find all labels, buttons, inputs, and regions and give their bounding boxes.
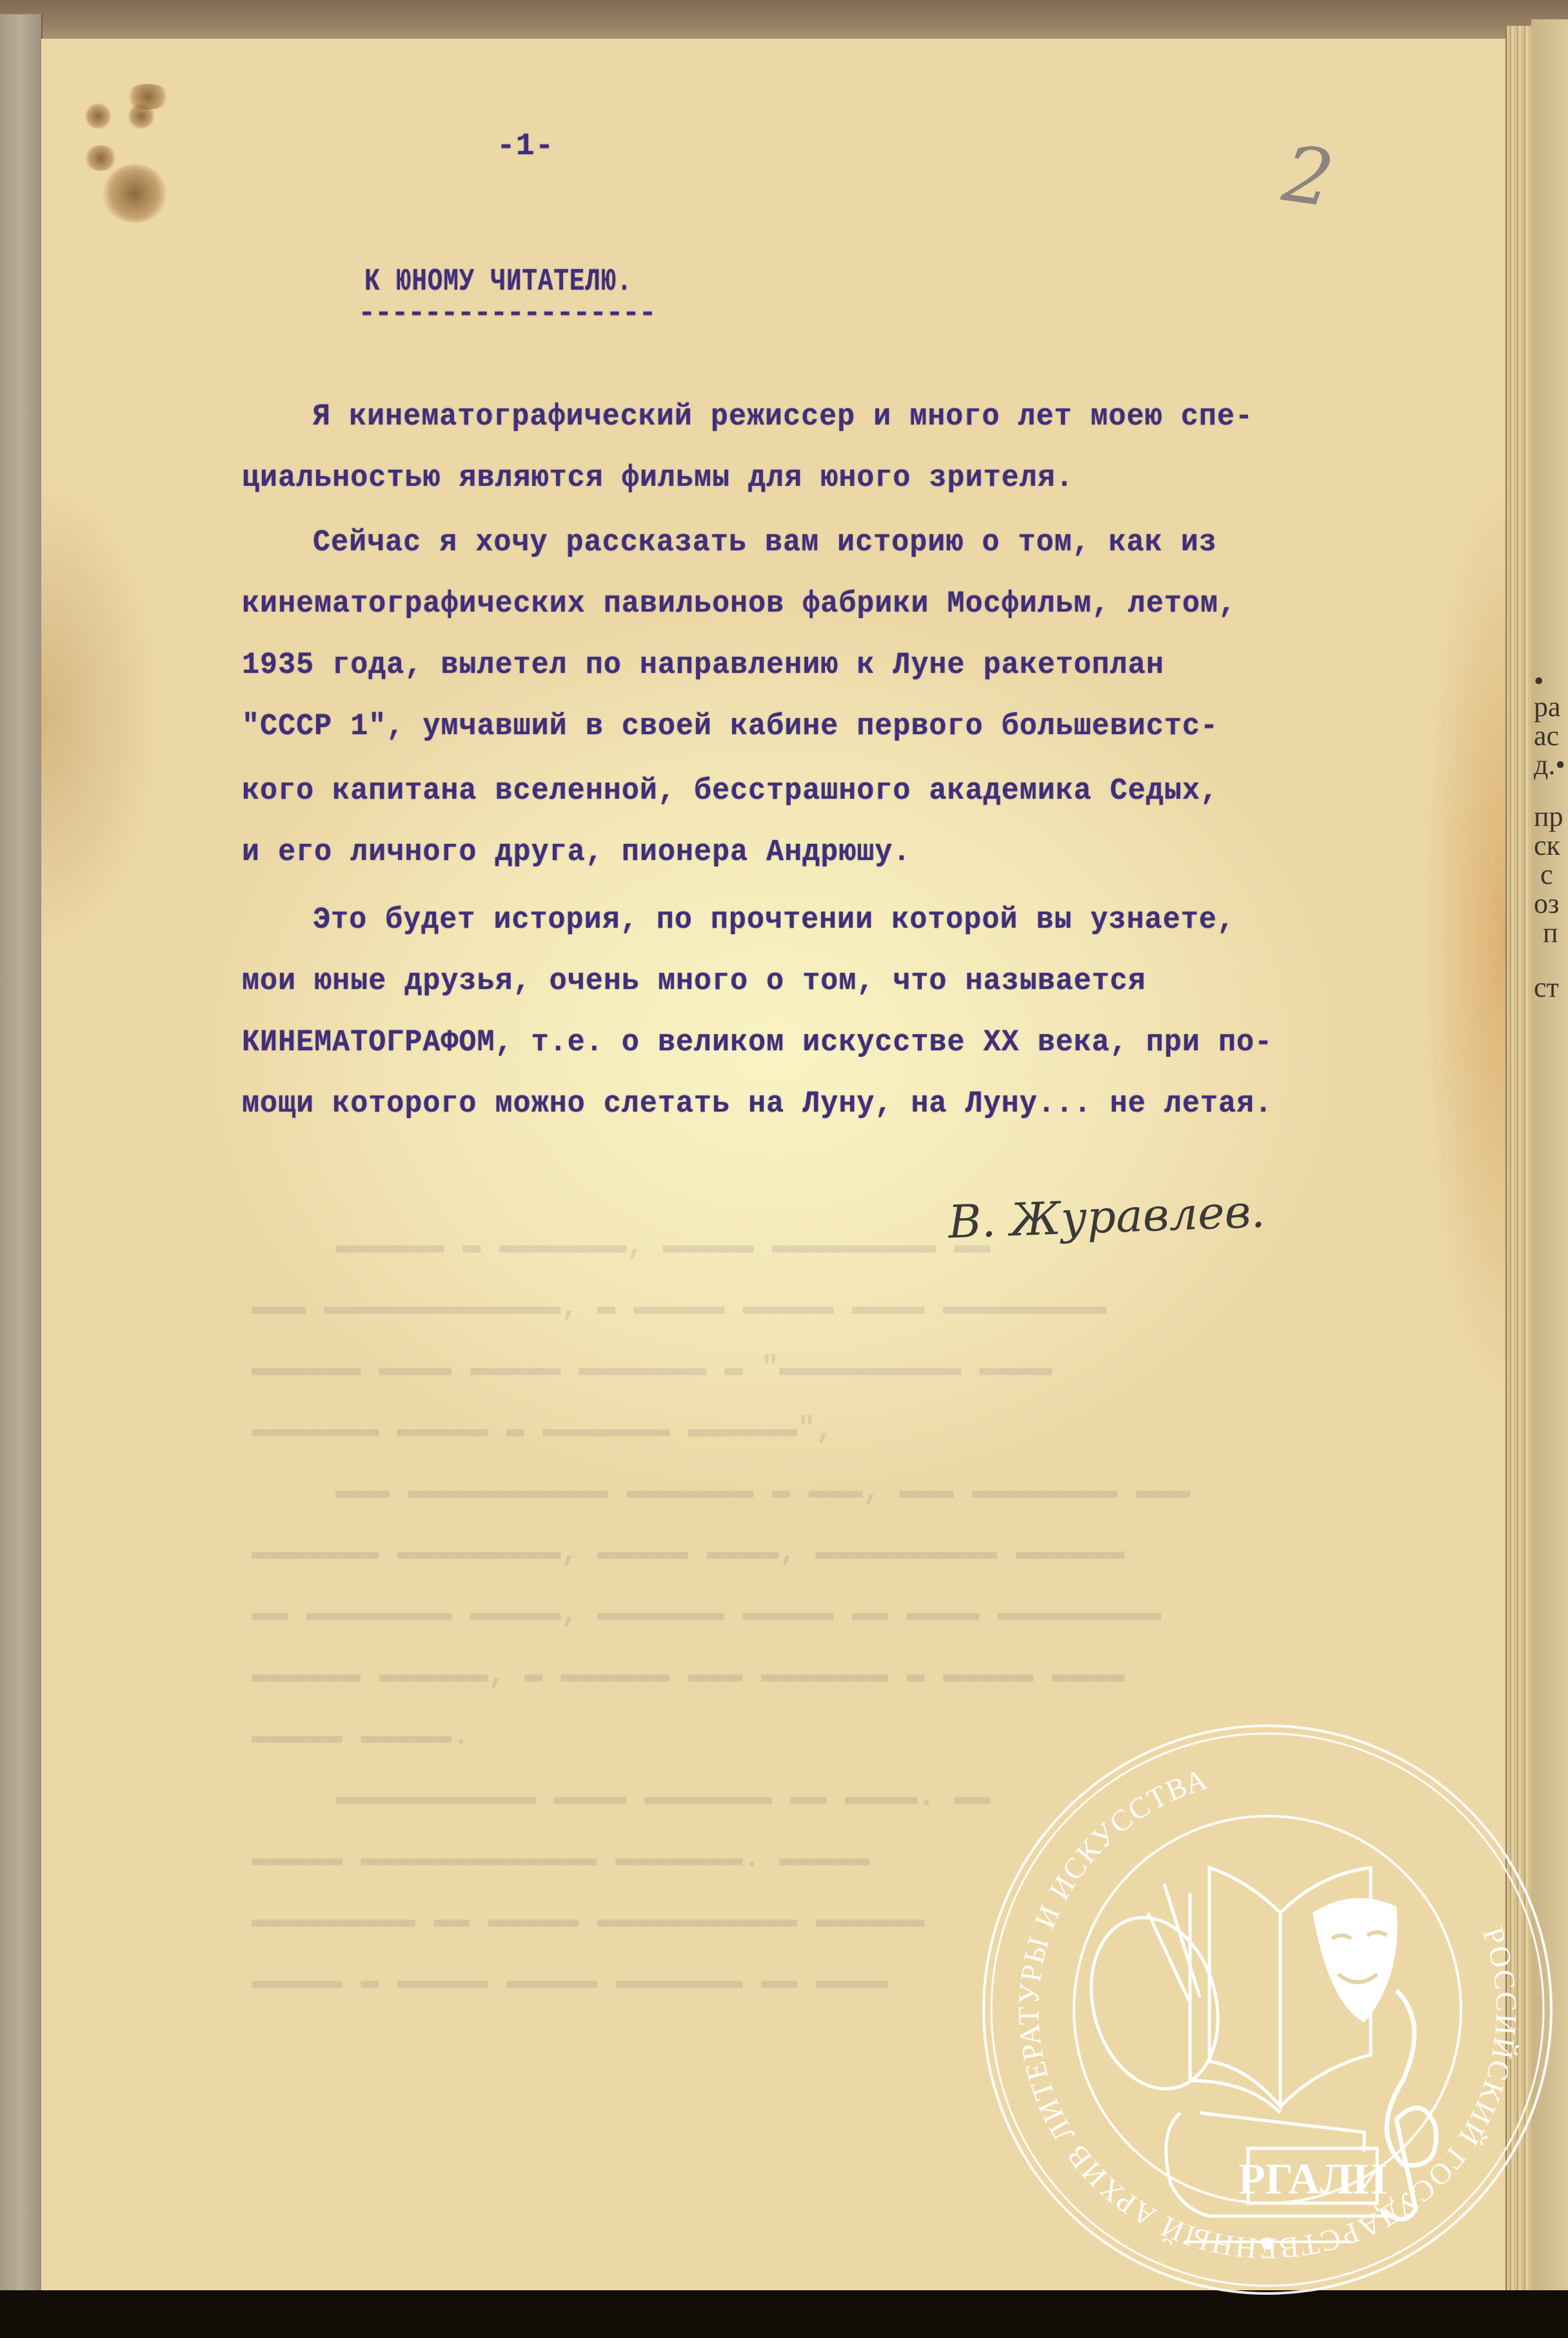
page-number: -1- xyxy=(497,129,554,164)
text-line: 1935 года, вылетел по направлению к Луне… xyxy=(242,648,1164,683)
text-line: кинематографических павильонов фабрики М… xyxy=(242,587,1236,621)
stamp-abbreviation: РГАЛИ xyxy=(1238,2154,1387,2203)
text-line: Это будет история, по прочтении которой … xyxy=(313,903,1235,937)
text-line: мощи которого можно слетать на Луну, на … xyxy=(242,1087,1273,1121)
bleed-through-text: ▬▬▬▬▬▬▬ ▬▬▬▬▬ ▬ ▬▬▬▬▬▬▬ ▬▬▬▬▬▬", xyxy=(252,1413,834,1447)
text-line: циальностью являются фильмы для юного зр… xyxy=(242,461,1074,495)
text-line: Я кинематографический режиссер и много л… xyxy=(313,400,1253,434)
text-line: и его личного друга, пионера Андрюшу. xyxy=(242,835,911,870)
text-line: мои юные друзья, очень много о том, что … xyxy=(242,964,1146,999)
bleed-through-text: ▬▬▬▬▬▬ ▬▬▬▬▬▬, ▬ ▬▬▬▬▬▬ ▬▬▬ ▬▬▬▬▬▬▬ ▬ ▬▬… xyxy=(252,1658,1125,1692)
bleed-through-text: ▬▬▬ ▬▬▬▬▬▬▬▬▬▬▬▬▬, ▬ ▬▬▬▬▬ ▬▬▬▬▬ ▬▬▬▬ ▬▬… xyxy=(252,1290,1107,1324)
bleed-through-text: ▬▬▬▬▬▬▬▬▬▬▬ ▬▬▬▬ ▬▬▬▬▬▬▬ ▬▬ ▬▬▬▬. ▬▬ xyxy=(335,1781,990,1815)
title-underline: ------------------ xyxy=(358,297,655,330)
handwritten-signature: В. Журавлев. xyxy=(948,1184,1266,1248)
text-line: Сейчас я хочу рассказать вам историю о т… xyxy=(313,526,1217,560)
bleed-through-text: ▬▬▬▬▬▬▬▬▬ ▬▬ ▬▬▬▬▬ ▬▬▬▬▬▬▬▬▬▬▬ ▬▬▬▬▬▬ xyxy=(252,1903,925,1937)
bleed-through-text: ▬▬ ▬▬▬▬▬▬▬▬ ▬▬▬▬▬, ▬▬▬▬▬▬▬ ▬▬▬▬▬ ▬▬ ▬▬▬▬… xyxy=(252,1597,1161,1631)
text-line: "СССР 1", умчавший в своей кабине первог… xyxy=(242,710,1218,744)
archive-stamp: РОССИЙСКИЙ ГОСУДАРСТВЕННЫЙ АРХИВ ЛИТЕРАТ… xyxy=(977,1719,1558,2300)
text-line: кого капитана вселенной, бесстрашного ак… xyxy=(242,774,1218,808)
bleed-through-text: ▬▬▬ ▬▬▬▬▬▬▬▬▬▬▬ ▬▬▬▬▬▬▬ ▬ ▬▬▬, ▬▬▬ ▬▬▬▬▬… xyxy=(335,1474,1191,1508)
adjacent-text-fragment: ра xyxy=(1534,690,1561,723)
bleed-through-text: ▬▬▬▬▬▬▬ ▬▬▬▬▬▬▬▬▬, ▬▬▬▬▬ ▬▬▬▬, ▬▬▬▬▬▬▬▬▬… xyxy=(252,1535,1125,1570)
stain xyxy=(125,84,170,110)
bleed-through-text: ▬▬▬▬▬▬ ▬▬▬▬ ▬▬▬▬▬ ▬▬▬▬▬▬▬ ▬ "▬▬▬▬▬▬▬▬▬▬ … xyxy=(252,1352,1052,1386)
bleed-through-text: ▬▬▬▬▬ ▬▬▬▬▬▬▬▬▬▬▬▬▬ ▬▬▬▬▬▬▬. ▬▬▬▬▬ xyxy=(252,1842,870,1876)
bleed-through-text: ▬▬▬▬▬ ▬▬▬▬▬. xyxy=(252,1719,470,1753)
stain xyxy=(103,165,167,223)
document-title: К ЮНОМУ ЧИТАТЕЛЮ. xyxy=(364,265,632,299)
text-line: КИНЕМАТОГРАФОМ, т.е. о великом искусстве… xyxy=(242,1026,1273,1060)
adjacent-text-fragment: ас xyxy=(1534,719,1559,752)
stain xyxy=(84,145,117,171)
adjacent-text-fragment: ск xyxy=(1534,829,1560,862)
adjacent-text-fragment: с xyxy=(1540,858,1553,891)
binding-strip xyxy=(0,14,43,2311)
adjacent-text-fragment: д.• xyxy=(1534,748,1565,781)
adjacent-text-fragment: ст xyxy=(1534,971,1559,1004)
bleed-through-text: ▬▬▬▬▬ ▬ ▬▬▬▬▬ ▬▬▬▬▬ ▬▬▬▬▬▬▬ ▬▬ ▬▬▬▬ xyxy=(252,1964,888,1999)
bleed-through-text: ▬▬▬▬▬▬ ▬ ▬▬▬▬▬▬▬, ▬▬▬▬▬ ▬▬▬▬▬▬▬▬▬ ▬▬ xyxy=(335,1229,990,1263)
adjacent-text-fragment: пр xyxy=(1534,800,1563,833)
adjacent-text-fragment: оз xyxy=(1534,887,1559,920)
stain xyxy=(85,103,111,129)
adjacent-text-fragment: п xyxy=(1543,916,1558,949)
theatre-mask-icon xyxy=(1313,1898,1397,2023)
